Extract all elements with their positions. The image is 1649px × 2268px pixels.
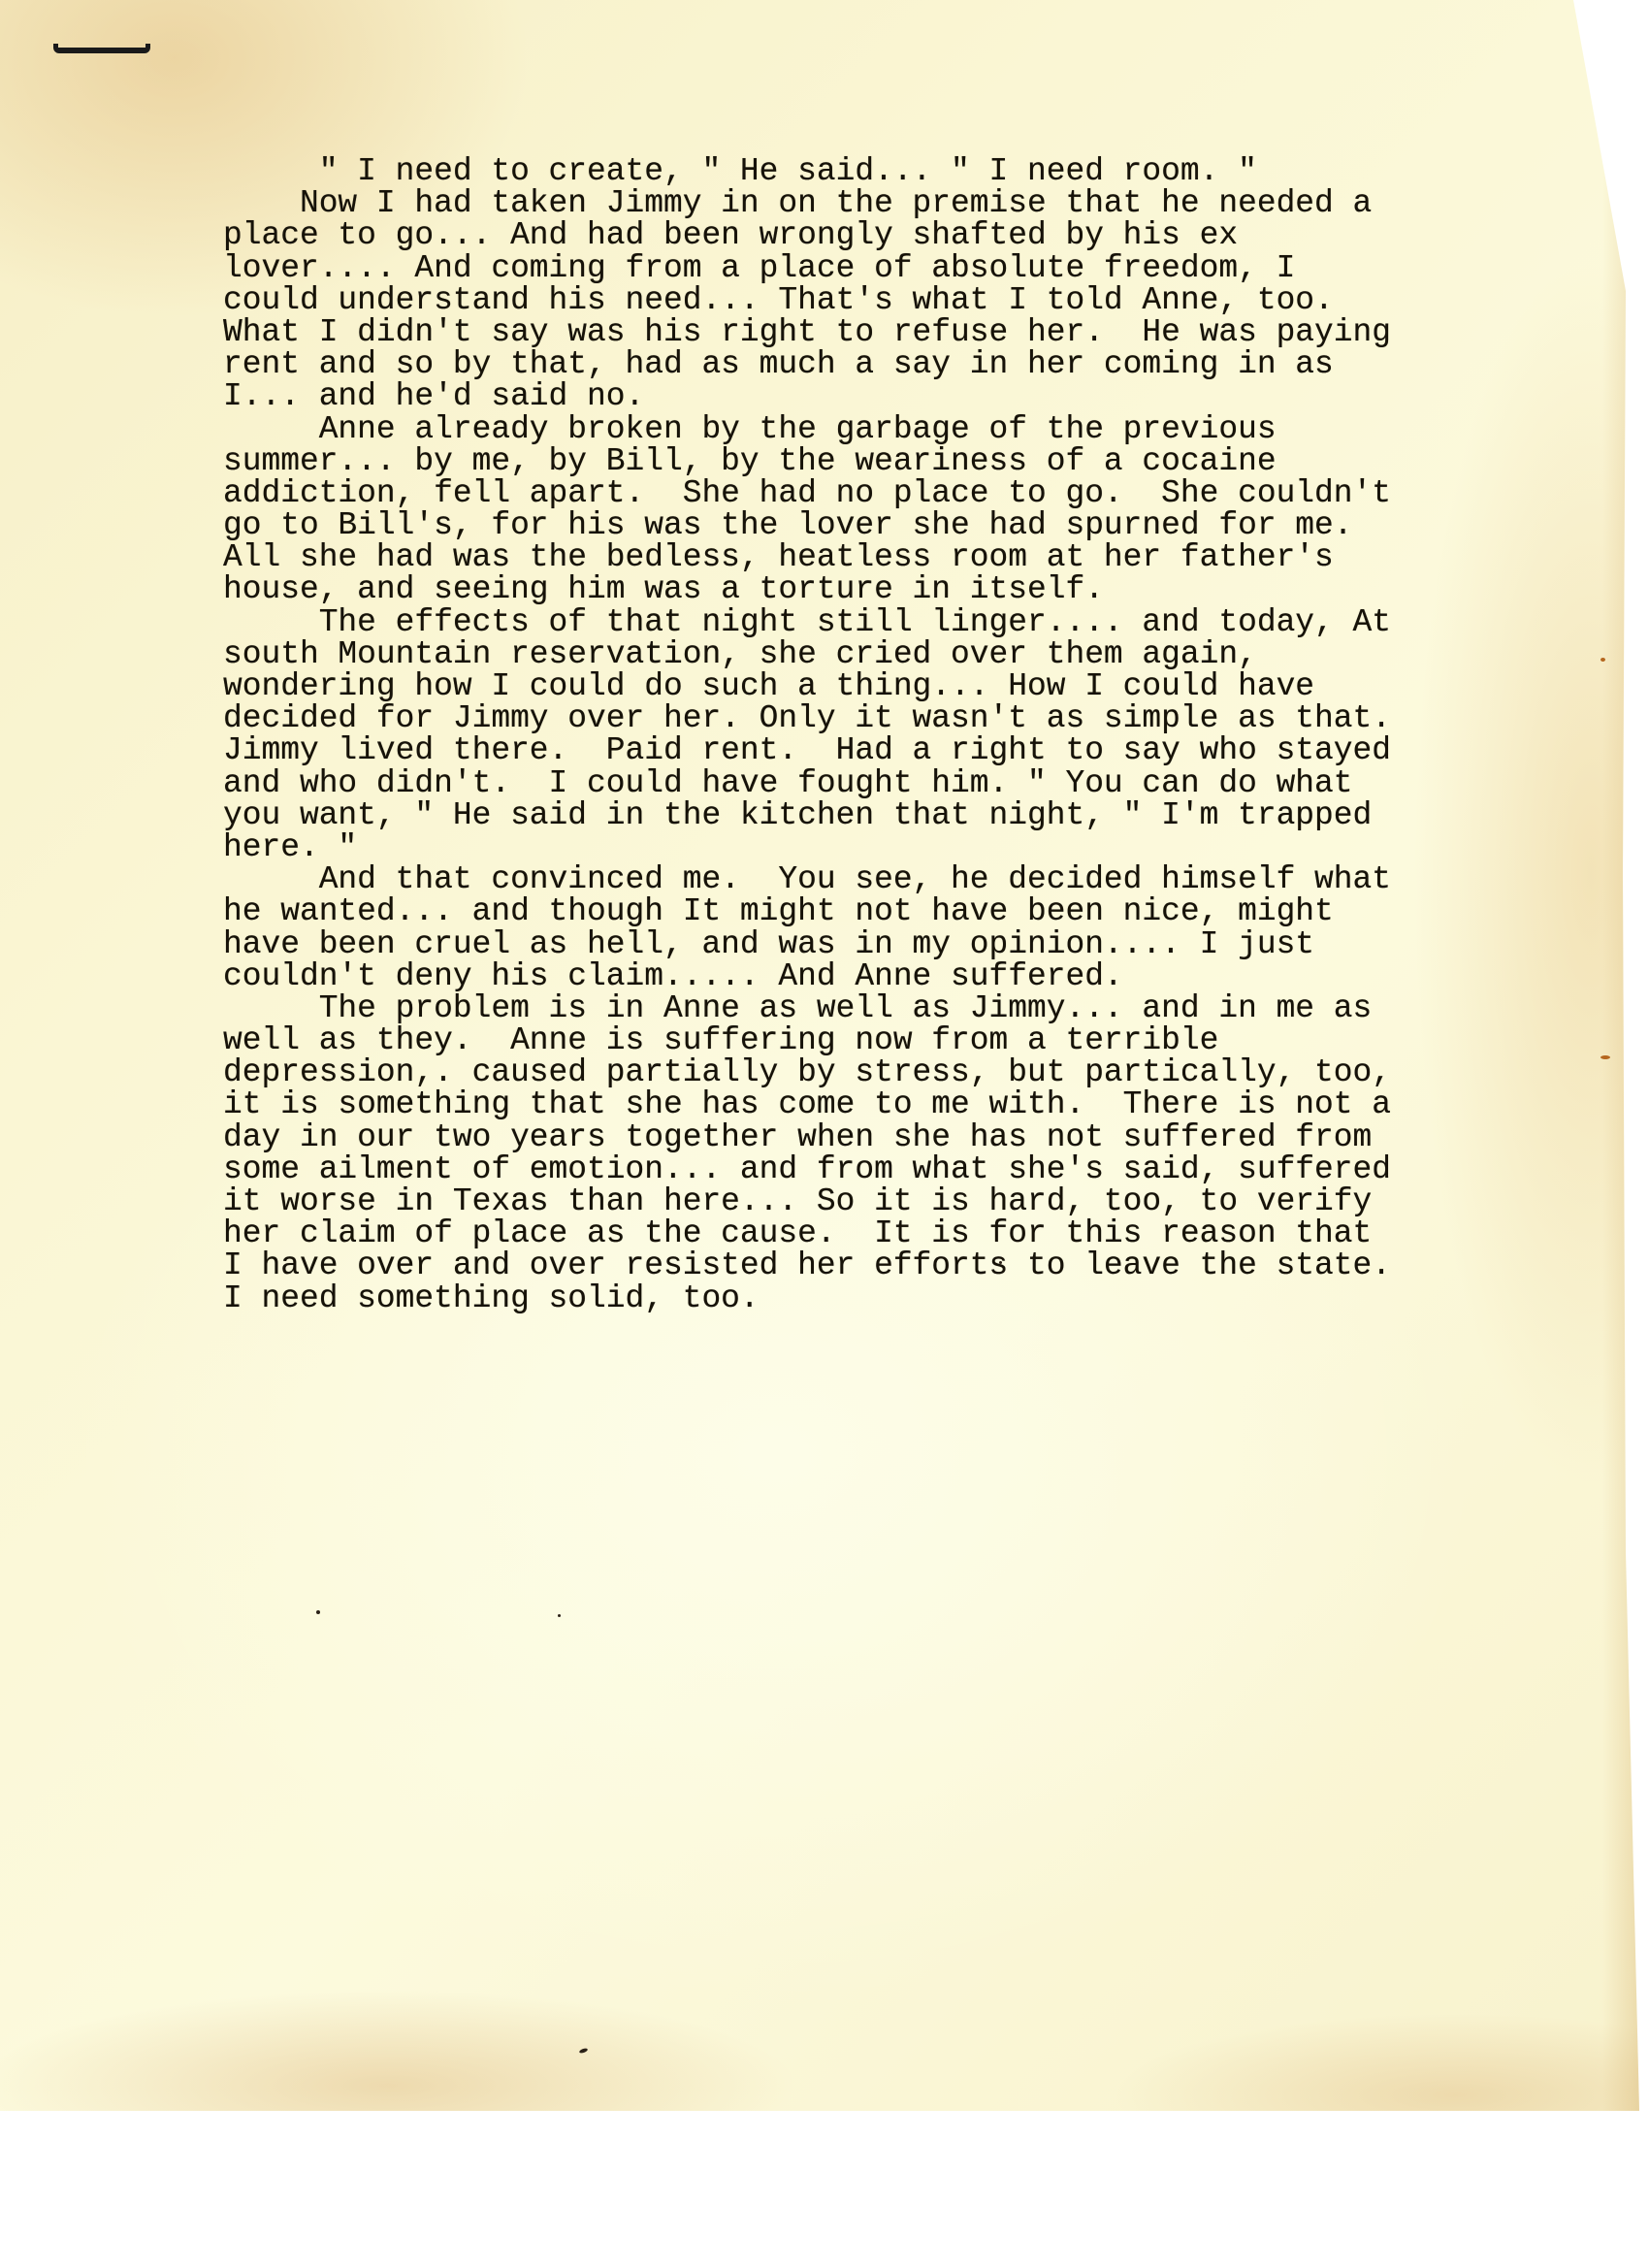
text-line: south Mountain reservation, she cried ov… [223,638,1484,670]
text-line: day in our two years together when she h… [223,1121,1484,1153]
text-line: and who didn't. I could have fought him.… [223,767,1484,799]
text-line: The problem is in Anne as well as Jimmy.… [223,992,1484,1024]
text-line: you want, " He said in the kitchen that … [223,799,1484,831]
text-line: The effects of that night still linger..… [223,606,1484,638]
text-line: depression,. caused partially by stress,… [223,1056,1484,1088]
text-line: it is something that she has come to me … [223,1088,1484,1120]
text-line: Jimmy lived there. Paid rent. Had a righ… [223,734,1484,766]
text-line: summer... by me, by Bill, by the wearine… [223,445,1484,477]
ink-speck [316,1610,320,1614]
typewritten-text: " I need to create, " He said... " I nee… [223,155,1484,1314]
text-line: decided for Jimmy over her. Only it wasn… [223,702,1484,734]
staple-mark [53,44,150,53]
text-line: go to Bill's, for his was the lover she … [223,509,1484,541]
ink-speck [579,2048,589,2055]
text-line: here. " [223,831,1484,863]
stain-speck [1600,1055,1610,1059]
text-line: I have over and over resisted her effort… [223,1249,1484,1281]
text-line: Now I had taken Jimmy in on the premise … [223,187,1484,219]
text-line: rent and so by that, had as much a say i… [223,348,1484,380]
text-line: I need something solid, too. [223,1282,1484,1314]
text-line: could understand his need... That's what… [223,284,1484,316]
text-line: some ailment of emotion... and from what… [223,1153,1484,1185]
text-line: her claim of place as the cause. It is f… [223,1217,1484,1249]
text-line: All she had was the bedless, heatless ro… [223,541,1484,573]
text-line: What I didn't say was his right to refus… [223,316,1484,348]
text-line: couldn't deny his claim..... And Anne su… [223,960,1484,992]
text-line: addiction, fell apart. She had no place … [223,477,1484,509]
text-line: house, and seeing him was a torture in i… [223,573,1484,605]
typed-page: " I need to create, " He said... " I nee… [0,0,1641,2111]
text-line: Anne already broken by the garbage of th… [223,413,1484,445]
text-line: he wanted... and though It might not hav… [223,895,1484,927]
text-line: well as they. Anne is suffering now from… [223,1024,1484,1056]
text-line: And that convinced me. You see, he decid… [223,863,1484,895]
text-line: wondering how I could do such a thing...… [223,670,1484,702]
ink-speck [558,1614,561,1617]
text-line: place to go... And had been wrongly shaf… [223,219,1484,251]
text-line: " I need to create, " He said... " I nee… [223,155,1484,187]
text-line: lover.... And coming from a place of abs… [223,252,1484,284]
text-line: have been cruel as hell, and was in my o… [223,928,1484,960]
text-line: I... and he'd said no. [223,380,1484,412]
stain-speck [1600,658,1605,662]
text-line: it worse in Texas than here... So it is … [223,1185,1484,1217]
